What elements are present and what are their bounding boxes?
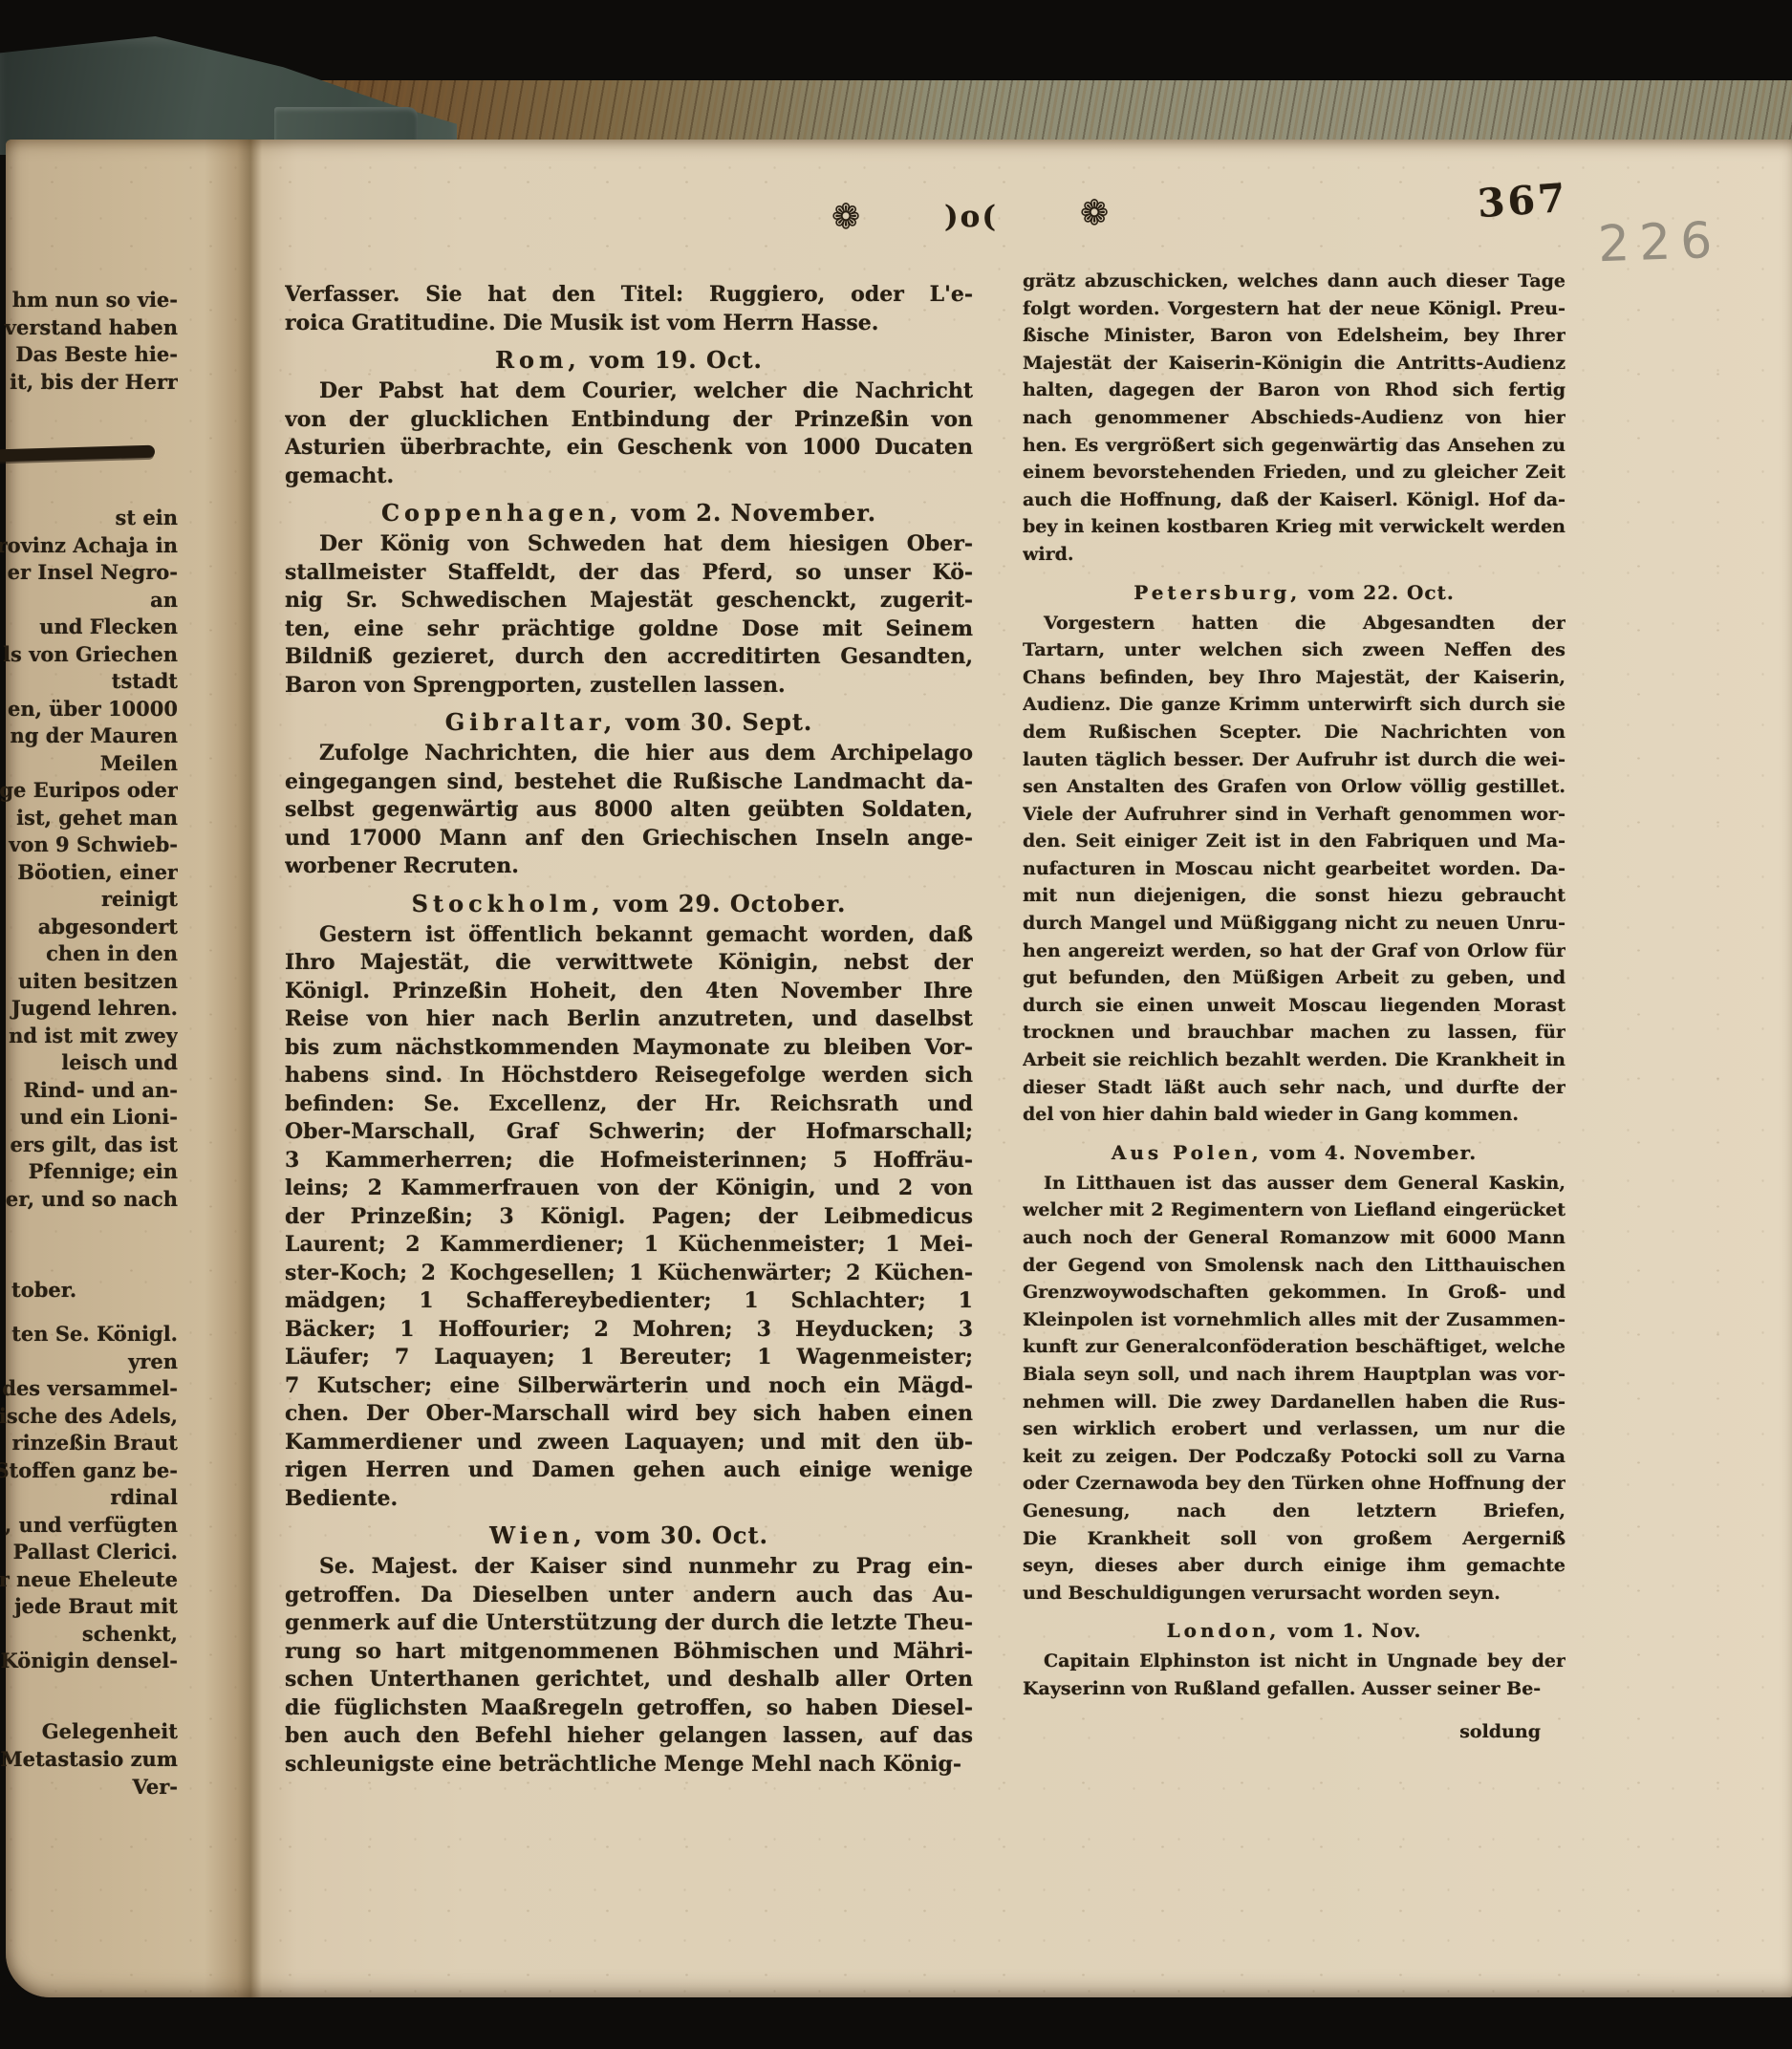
text-line: ten Se. Königl. xyxy=(0,1321,178,1348)
text-line: Genesung, nach den letztern Briefen, dar… xyxy=(1023,1498,1565,1525)
text-line: getroffen. Da Dieselben unter andern auc… xyxy=(285,1582,973,1610)
dateline-city: London, xyxy=(1167,1619,1281,1642)
text-line: gut befunden, den Müßigen Arbeit zu gebe… xyxy=(1023,964,1565,992)
dateline-city: Stockholm, xyxy=(412,890,605,917)
page-number: 367 xyxy=(1477,179,1569,224)
text-line: und Flecken und xyxy=(0,614,178,641)
text-line: Läufer; 7 Laquayen; 1 Bereuter; 1 Wagenm… xyxy=(285,1344,973,1372)
dateline-date: vom 4. November. xyxy=(1263,1141,1477,1164)
text-line: Grenzwoywodschaften gekommen. In Groß- u… xyxy=(1023,1279,1565,1306)
text-line: durch Mangel und Müßiggang nicht zu neue… xyxy=(1023,910,1565,938)
news-section: Rom, vom 19. Oct.Der Pabst hat dem Couri… xyxy=(285,346,973,490)
dateline-city: Rom, xyxy=(495,346,581,374)
text-line: Der König von Schweden hat dem hiesigen … xyxy=(285,530,973,559)
text-line: Kayserinn von Rußland gefallen. Ausser s… xyxy=(1023,1675,1565,1703)
news-section: Wien, vom 30. Oct.Se. Majest. der Kaiser… xyxy=(285,1521,973,1779)
text-line: Arbeit sie reichlich bezahlt werden. Die… xyxy=(1023,1046,1565,1074)
text-line: und ein Lioni- xyxy=(0,1104,178,1132)
left-page-fragment-para: ten Se. Königl.yren öffentlichendes vers… xyxy=(0,1321,178,1675)
text-line: ßische Minister, Baron von Edelsheim, be… xyxy=(1023,322,1565,350)
text-line: bey in keinen kostbaren Krieg mit verwic… xyxy=(1023,513,1565,541)
left-page-fragment-para: Gelegenheit auf-Metastasio zum xyxy=(0,1718,178,1773)
paper-page: ❁ )o( ❁ 367 226 hm nun so vie-verstand h… xyxy=(6,140,1792,1997)
text-line: ng der Mauren xyxy=(0,723,178,750)
text-line: 7 Kutscher; eine Silberwärterin und noch… xyxy=(285,1372,973,1401)
news-section: London, vom 1. Nov.Capitain Elphinston i… xyxy=(1023,1617,1565,1702)
dateline-city: Gibraltar, xyxy=(445,708,617,736)
dateline-city: Petersburg, xyxy=(1133,581,1301,604)
text-line: Kammerdiener und zween Laquayen; und mit… xyxy=(285,1429,973,1457)
text-line: Chans befinden, bey Ihro Majestät, der K… xyxy=(1023,664,1565,692)
news-section: Aus Polen, vom 4. November.In Litthauen … xyxy=(1023,1139,1565,1607)
section-body: Zufolge Nachrichten, die hier aus dem Ar… xyxy=(285,740,973,881)
text-line: leisch und Fische xyxy=(0,1049,178,1077)
news-section: Coppenhagen, vom 2. November.Der König v… xyxy=(285,499,973,700)
text-line: Audienz. Die ganze Krimm unterwirft sich… xyxy=(1023,691,1565,719)
text-line: Viele der Aufruhrer sind in Verhaft geno… xyxy=(1023,801,1565,829)
text-line: roica Gratitudine. Die Musik ist vom Her… xyxy=(285,310,973,338)
text-line: Gelegenheit auf- xyxy=(0,1718,178,1746)
continuation-paragraph: grätz abzuschicken, welches dann auch di… xyxy=(1023,268,1565,569)
column-left-sections: Rom, vom 19. Oct.Der Pabst hat dem Couri… xyxy=(285,346,973,1779)
text-line: ist, gehet man xyxy=(0,805,178,832)
text-line: Meilen betragen xyxy=(0,750,178,778)
news-section: Gibraltar, vom 30. Sept.Zufolge Nachrich… xyxy=(285,708,973,881)
text-line: uiten besitzen ein xyxy=(0,968,178,996)
text-line: rinzeßin Braut xyxy=(0,1430,178,1457)
text-line: , von 9 Schwieb- xyxy=(0,831,178,859)
text-line: wird. xyxy=(1023,541,1565,569)
text-line: worbener Recruten. xyxy=(285,852,973,881)
text-line: stallmeister Staffeldt, der das Pferd, s… xyxy=(285,559,973,588)
dateline-heading: Wien, vom 30. Oct. xyxy=(285,1521,973,1550)
text-line: schen Unterthanen gerichtet, und deshalb… xyxy=(285,1666,973,1694)
text-line: der Prinzeßin; 3 Königl. Pagen; der Leib… xyxy=(285,1203,973,1232)
signature-mark: )o( xyxy=(944,203,998,232)
text-line: Bäcker; 1 Hoffourier; 2 Mohren; 3 Heyduc… xyxy=(285,1316,973,1345)
fleuron-left-icon: ❁ xyxy=(831,201,860,235)
text-line: Vorgestern hatten die Abgesandten der Kr… xyxy=(1023,610,1565,637)
dateline-date: vom 1. Nov. xyxy=(1280,1619,1421,1642)
text-line: tstadt Negropon- xyxy=(0,668,178,696)
text-line: rdinal Erzbischof xyxy=(0,1484,178,1512)
foliation-stamp: 226 xyxy=(1597,216,1722,270)
text-line: habens sind. In Höchstdero Reisegefolge … xyxy=(285,1062,973,1090)
text-line: Die Krankheit soll von großem Aergerniß … xyxy=(1023,1525,1565,1553)
text-line: rigen Herren und Damen gehen auch einige… xyxy=(285,1456,973,1485)
text-line: sen Anstalten des Grafen von Orlow völli… xyxy=(1023,773,1565,801)
text-line: reinigt gewesen, xyxy=(0,886,178,914)
text-line: Majestät der Kaiserin-Königin die Antrit… xyxy=(1023,350,1565,377)
dateline-date: vom 2. November. xyxy=(622,499,876,527)
text-line: Kleinpolen ist vornehmlich alles mit der… xyxy=(1023,1306,1565,1334)
text-line: Biala seyn soll, und nach ihrem Hauptpla… xyxy=(1023,1361,1565,1389)
text-line: auch die Hoffnung, daß der Kaiserl. Köni… xyxy=(1023,486,1565,514)
text-line: an Griechenland xyxy=(0,587,178,615)
text-line: Rind- und an- xyxy=(0,1077,178,1105)
text-line: Capitain Elphinston ist nicht in Ungnade… xyxy=(1023,1648,1565,1675)
fleuron-right-icon: ❁ xyxy=(1080,197,1109,231)
text-line: Ober-Marschall, Graf Schwerin; der Hofma… xyxy=(285,1118,973,1147)
text-line: folgt worden. Vorgestern hat der neue Kö… xyxy=(1023,295,1565,323)
text-line: ben auch den Befehl hieher gelangen lass… xyxy=(285,1722,973,1751)
text-line: yren öffentlichen xyxy=(0,1348,178,1376)
text-line: selbst gegenwärtig aus 8000 alten geübte… xyxy=(285,796,973,825)
text-line: hm nun so vie- xyxy=(0,287,178,314)
text-line: nig Sr. Schwedischen Majestät geschenckt… xyxy=(285,587,973,615)
section-body: In Litthauen ist das ausser dem General … xyxy=(1023,1170,1565,1607)
section-body: Se. Majest. der Kaiser sind nunmehr zu P… xyxy=(285,1553,973,1779)
text-line: Verfasser. Sie hat den Titel: Ruggiero, … xyxy=(285,281,973,310)
dateline-date: vom 30. Oct. xyxy=(587,1521,768,1549)
dateline-heading: Coppenhagen, vom 2. November. xyxy=(285,499,973,528)
text-line: befinden: Se. Excellenz, der Hr. Reichsr… xyxy=(285,1090,973,1119)
text-line: Böotien, einer xyxy=(0,859,178,887)
section-body: Vorgestern hatten die Abgesandten der Kr… xyxy=(1023,610,1565,1129)
text-line: eingegangen sind, bestehet die Rußische … xyxy=(285,768,973,797)
text-line: schenkt, welches xyxy=(0,1621,178,1649)
text-line: Pallast Clerici. xyxy=(0,1539,178,1566)
dateline-city: Aus Polen, xyxy=(1112,1141,1263,1164)
column-right: grätz abzuschicken, welches dann auch di… xyxy=(1023,268,1565,1745)
text-line: nehmen will. Die zwey Dardanellen haben … xyxy=(1023,1389,1565,1416)
text-line: , und verfügten xyxy=(0,1512,178,1540)
text-line: leins; 2 Kammerfrauen von der Königin, u… xyxy=(285,1175,973,1203)
text-line: er, und so nach xyxy=(0,1186,178,1214)
section-body: Der Pabst hat dem Courier, welcher die N… xyxy=(285,377,973,490)
text-line: der Gegend von Smolensk nach den Litthau… xyxy=(1023,1252,1565,1280)
text-line: kunft zur Generalconföderation beschäfti… xyxy=(1023,1333,1565,1361)
text-line: genmerk auf die Unterstützung der durch … xyxy=(285,1609,973,1638)
text-line: del von hier dahin bald wieder in Gang k… xyxy=(1023,1101,1565,1129)
text-line: oder Czernawoda bey den Türken ohne Hoff… xyxy=(1023,1470,1565,1498)
text-line: hen. Es vergrößert sich gegenwärtig das … xyxy=(1023,432,1565,460)
text-line: jede Braut mit xyxy=(0,1593,178,1621)
text-line: 3 Kammerherren; die Hofmeisterinnen; 5 H… xyxy=(285,1147,973,1175)
text-line: Zufolge Nachrichten, die hier aus dem Ar… xyxy=(285,740,973,768)
dateline-date: vom 30. Sept. xyxy=(616,708,812,736)
text-line: Se. Majest. der Kaiser sind nunmehr zu P… xyxy=(285,1553,973,1582)
text-line: dem Rußischen Scepter. Die Nachrichten v… xyxy=(1023,719,1565,746)
text-line: des versammel- xyxy=(0,1375,178,1403)
text-line: mit nun diejenigen, die sonst hiezu gebr… xyxy=(1023,882,1565,910)
text-line: ten, eine sehr prächtige goldne Dose mit… xyxy=(285,615,973,644)
dateline-date: vom 29. October. xyxy=(605,890,847,917)
news-section: Stockholm, vom 29. October.Gestern ist ö… xyxy=(285,890,973,1514)
text-line: Laurent; 2 Kammerdiener; 1 Küchenmeister… xyxy=(285,1231,973,1260)
text-line: halten, dagegen der Baron von Rhod sich … xyxy=(1023,377,1565,404)
text-line: schleunigste eine beträchtliche Menge Me… xyxy=(285,1751,973,1779)
text-line: Das Beste hie- xyxy=(0,341,178,369)
text-line: nach genommener Abschieds-Audienz von hi… xyxy=(1023,404,1565,432)
text-line: den. Seit einiger Zeit ist in den Fabriq… xyxy=(1023,828,1565,855)
text-line: grätz abzuschicken, welches dann auch di… xyxy=(1023,268,1565,295)
text-line: keit zu zeigen. Der Podczaßy Potocki sol… xyxy=(1023,1443,1565,1471)
dateline-heading: Petersburg, vom 22. Oct. xyxy=(1023,579,1565,606)
section-body: Der König von Schweden hat dem hiesigen … xyxy=(285,530,973,700)
text-line: rovinz Achaja in xyxy=(0,532,178,560)
text-line: st ein Türkischer xyxy=(0,505,178,532)
text-line: sen wirklich erobert und verlassen, um n… xyxy=(1023,1415,1565,1443)
column-left: Verfasser. Sie hat den Titel: Ruggiero, … xyxy=(285,281,973,1779)
text-line: trocknen und brauchbar machen zu lassen,… xyxy=(1023,1019,1565,1046)
dateline-date: vom 22. Oct. xyxy=(1301,581,1455,604)
text-line: Baron von Sprengporten, zustellen lassen… xyxy=(285,672,973,701)
text-line: auch noch der General Romanzow mit 6000 … xyxy=(1023,1224,1565,1252)
text-line: durch sie einen unweit Moscau liegenden … xyxy=(1023,992,1565,1020)
section-body: Capitain Elphinston ist nicht in Ungnade… xyxy=(1023,1648,1565,1702)
text-line: mädgen; 1 Schaffereybedienter; 1 Schlach… xyxy=(285,1287,973,1316)
text-line: Stoffen ganz be- xyxy=(0,1457,178,1485)
text-line: ls von Griechen xyxy=(0,641,178,669)
section-body: Gestern ist öffentlich bekannt gemacht w… xyxy=(285,921,973,1514)
text-line: welcher mit 2 Regimentern von Liefland e… xyxy=(1023,1197,1565,1224)
text-line: die füglichsten Maaßregeln getroffen, so… xyxy=(285,1694,973,1723)
column-right-sections: Petersburg, vom 22. Oct.Vorgestern hatte… xyxy=(1023,579,1565,1703)
text-line: bis zum nächstkommenden Maymonate zu ble… xyxy=(285,1034,973,1063)
text-line: chen in den Vor- xyxy=(0,940,178,968)
intro-paragraph: Verfasser. Sie hat den Titel: Ruggiero, … xyxy=(285,281,973,337)
dateline-city: Coppenhagen, xyxy=(381,499,622,527)
text-line: ische des Adels, xyxy=(0,1403,178,1431)
news-section: Petersburg, vom 22. Oct.Vorgestern hatte… xyxy=(1023,579,1565,1129)
text-line: von der glucklichen Entbindung der Prinz… xyxy=(285,406,973,435)
dateline-heading: Stockholm, vom 29. October. xyxy=(285,890,973,918)
text-line: Der Pabst hat dem Courier, welcher die N… xyxy=(285,377,973,406)
text-line: Tartarn, unter welchen sich zween Neffen… xyxy=(1023,636,1565,664)
text-line: einem bevorstehenden Frieden, und zu gle… xyxy=(1023,459,1565,486)
text-line: hen angereizt werden, so hat der Graf vo… xyxy=(1023,938,1565,965)
dateline-date: vom 19. Oct. xyxy=(581,346,763,374)
text-line: Asturien überbrachte, ein Geschenk von 1… xyxy=(285,434,973,463)
text-line: Königin densel- xyxy=(0,1648,178,1675)
text-line: und 17000 Mann anf den Griechischen Inse… xyxy=(285,825,973,853)
text-line: chen. Der Ober-Marschall wird bey sich h… xyxy=(285,1400,973,1429)
text-line: seyn, dieses aber durch einige ihm gemac… xyxy=(1023,1552,1565,1580)
text-line: nufacturen in Moscau nicht gearbeitet wo… xyxy=(1023,855,1565,883)
text-line: lauten täglich besser. Der Aufruhr ist d… xyxy=(1023,746,1565,774)
text-line: en, über 10000 xyxy=(0,696,178,723)
text-line: nd ist mit zwey xyxy=(0,1023,178,1050)
catchword: soldung xyxy=(1023,1718,1565,1745)
dateline-heading: London, vom 1. Nov. xyxy=(1023,1617,1565,1644)
text-line: Metastasio zum xyxy=(0,1746,178,1774)
text-line: Pfennige; ein xyxy=(0,1158,178,1186)
text-line: ge Euripos oder xyxy=(0,777,178,805)
text-line: it, bis der Herr xyxy=(0,369,178,397)
dateline-heading: Gibraltar, vom 30. Sept. xyxy=(285,708,973,737)
text-line: ster-Koch; 2 Kochgesellen; 1 Küchenwärte… xyxy=(285,1260,973,1288)
section-rule xyxy=(0,445,155,463)
left-page-fragment-para: hm nun so vie-verstand habenDas Beste hi… xyxy=(0,287,178,396)
text-line: Bildniß gezieret, durch den accreditirte… xyxy=(285,643,973,672)
text-line: Ihro Majestät, die verwittwete Königin, … xyxy=(285,949,973,978)
text-line: verstand haben xyxy=(0,314,178,342)
text-line: rung so hart mitgenommenen Böhmischen un… xyxy=(285,1638,973,1667)
left-page-fragment-para: st ein Türkischerrovinz Achaja iner Inse… xyxy=(0,505,178,1213)
text-line: ers gilt, das ist xyxy=(0,1132,178,1159)
text-line: Königl. Prinzeßin Hoheit, den 4ten Novem… xyxy=(285,978,973,1006)
catchword: Ver- xyxy=(0,1774,178,1801)
scanned-book-page: ❁ )o( ❁ 367 226 hm nun so vie-verstand h… xyxy=(0,0,1792,2049)
text-line: gemacht. xyxy=(285,463,973,491)
text-line: dieser Stadt läßt auch sehr nach, und du… xyxy=(1023,1074,1565,1102)
dateline-heading: Aus Polen, vom 4. November. xyxy=(1023,1139,1565,1166)
text-line: Jugend lehren. xyxy=(0,995,178,1023)
text-line: Gestern ist öffentlich bekannt gemacht w… xyxy=(285,921,973,950)
text-line: r neue Eheleute xyxy=(0,1566,178,1594)
heading-fragment: tober. xyxy=(11,1277,76,1304)
text-line: und Beschuldigungen verursacht worden se… xyxy=(1023,1580,1565,1607)
text-line: er Insel Negro- xyxy=(0,559,178,587)
text-line: abgesondert wor- xyxy=(0,914,178,941)
text-line: Bediente. xyxy=(285,1485,973,1514)
text-line: In Litthauen ist das ausser dem General … xyxy=(1023,1170,1565,1197)
dateline-heading: Rom, vom 19. Oct. xyxy=(285,346,973,375)
dateline-city: Wien, xyxy=(489,1521,587,1549)
text-line: Reise von hier nach Berlin anzutreten, u… xyxy=(285,1005,973,1034)
